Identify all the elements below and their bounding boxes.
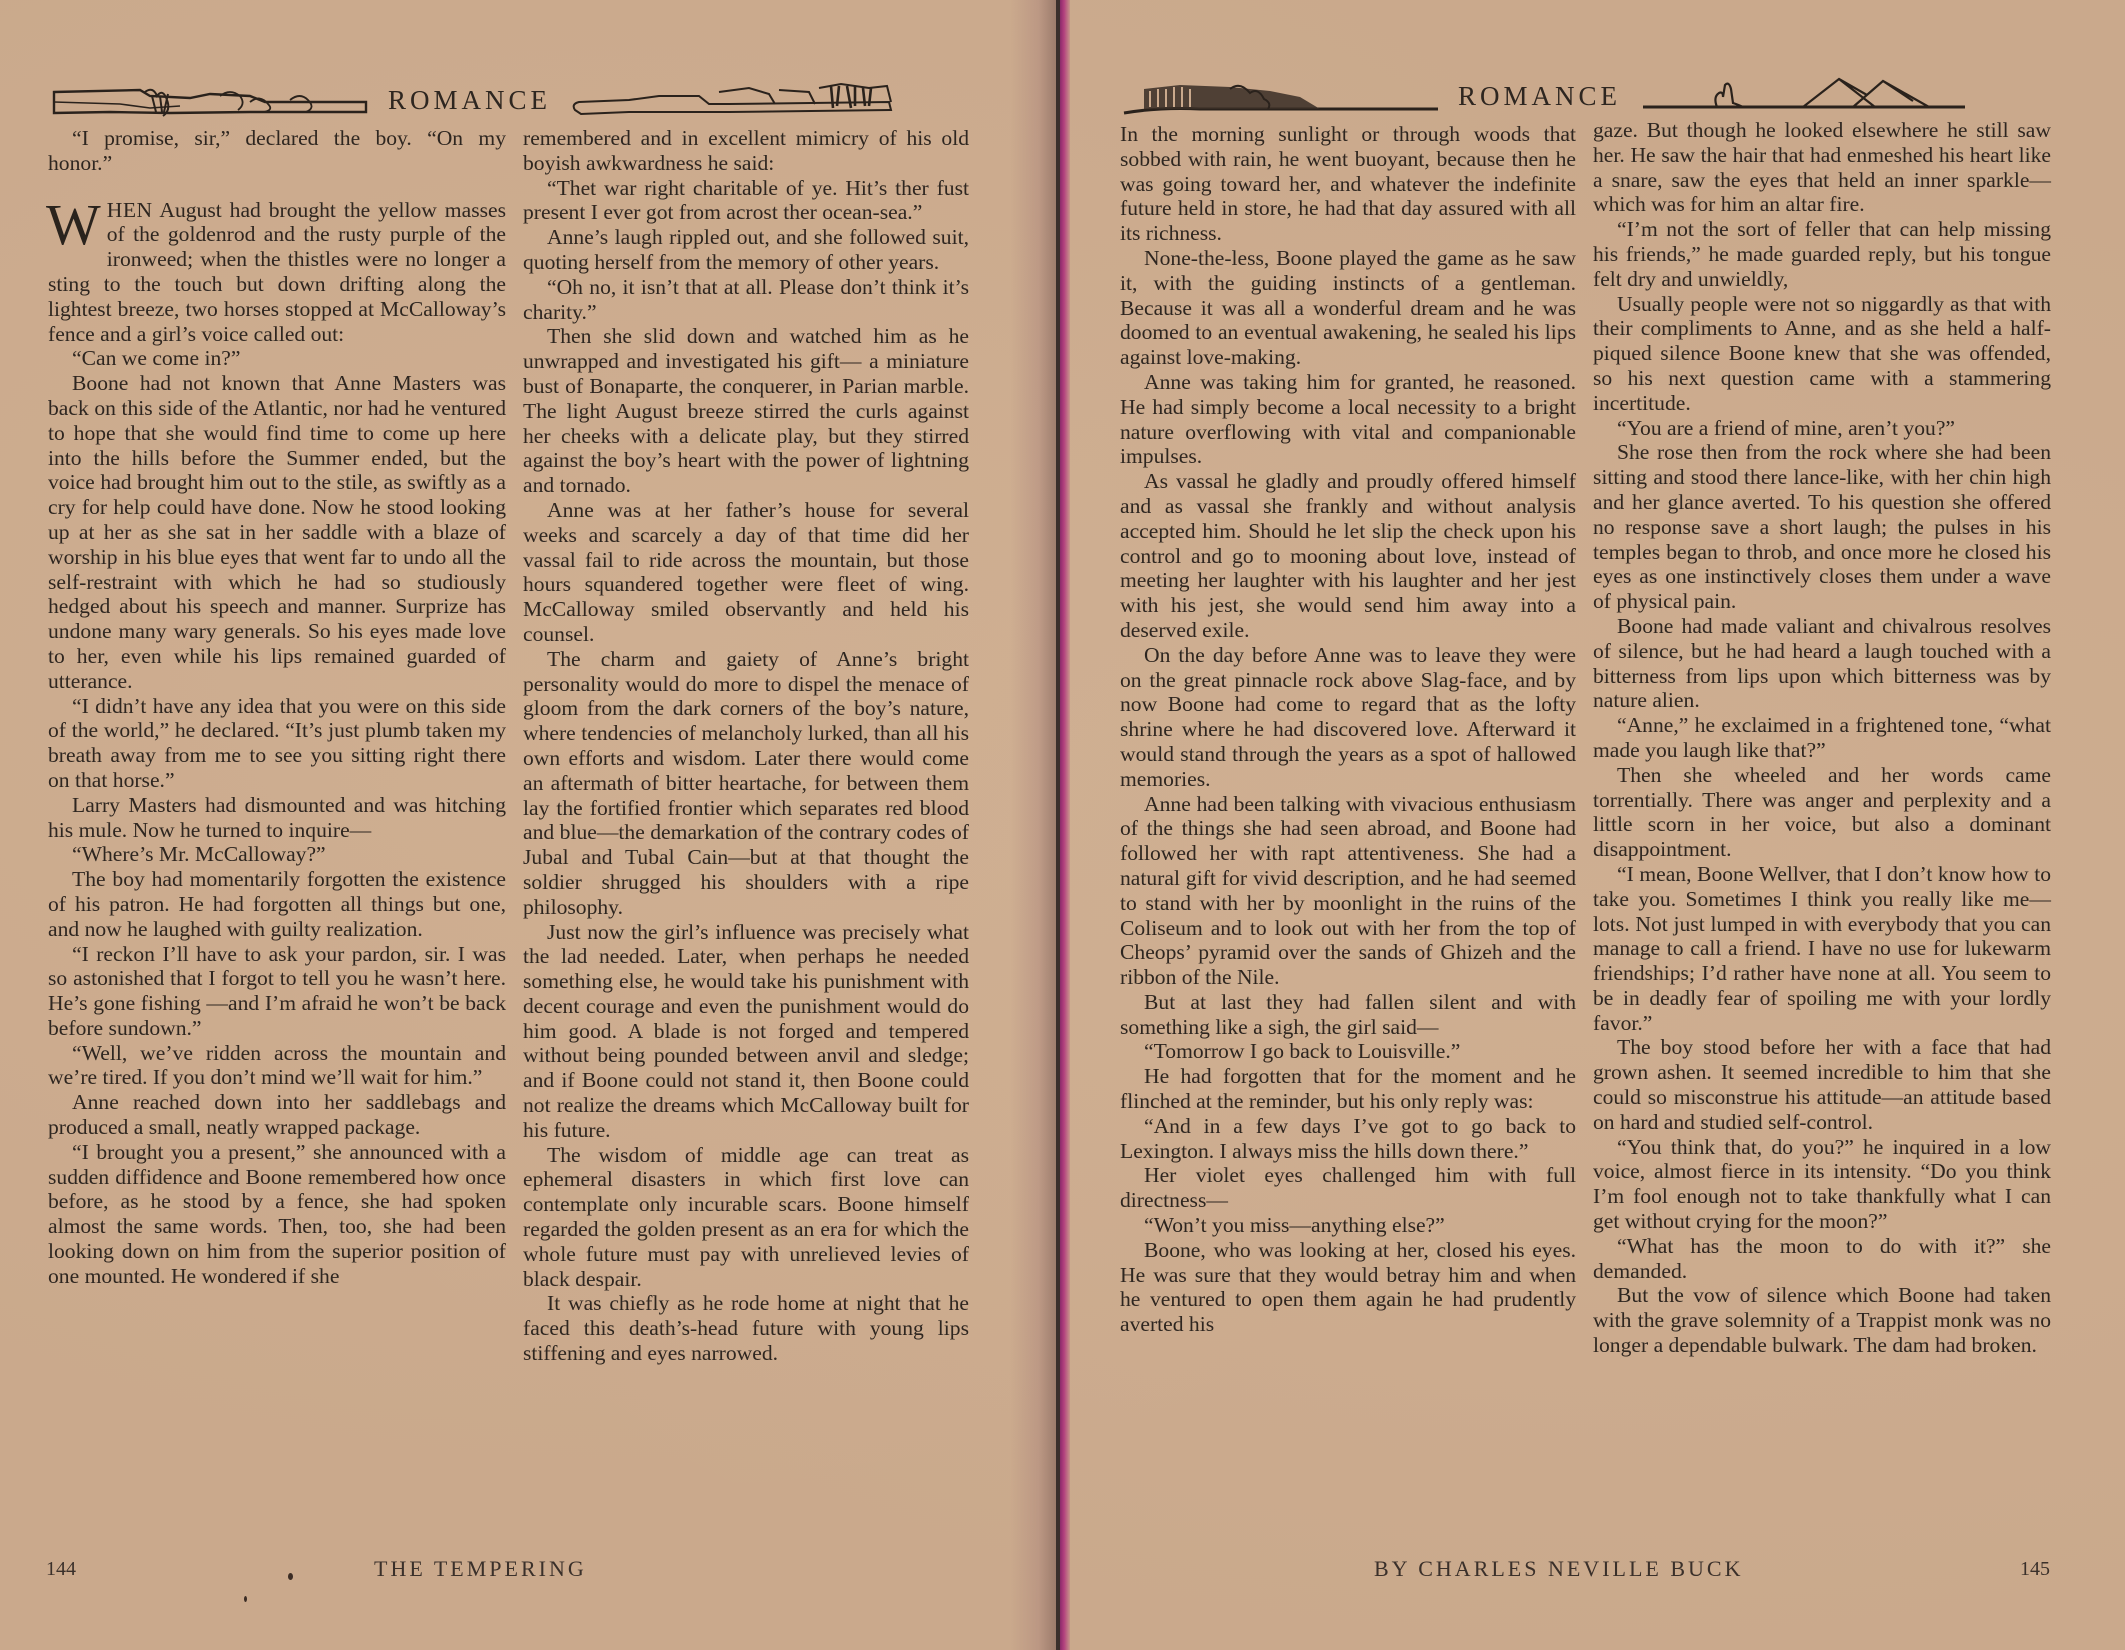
- paragraph: “Thet war right charitable of ye. Hit’s …: [523, 176, 969, 226]
- paragraph: “Oh no, it isn’t that at all. Please don…: [523, 275, 969, 325]
- paragraph: He had forgotten that for the moment and…: [1120, 1064, 1576, 1114]
- right-column-1: In the morning sunlight or through woods…: [1120, 122, 1576, 1337]
- paragraph: Anne had been talking with vivacious ent…: [1120, 792, 1576, 990]
- landscape-ruins-ornament-icon: [50, 82, 370, 118]
- page-number: 145: [2020, 1558, 2050, 1581]
- paragraph: “Tomorrow I go back to Louisville.”: [1120, 1039, 1576, 1064]
- paragraph: “I reckon I’ll have to ask your pardon, …: [48, 942, 506, 1041]
- paragraph: Anne was at her father’s house for sever…: [523, 498, 969, 647]
- paragraph: Usually people were not so niggardly as …: [1593, 292, 2051, 416]
- paragraph: Boone had not known that Anne Masters wa…: [48, 371, 506, 693]
- paragraph: Boone had made valiant and chivalrous re…: [1593, 614, 2051, 713]
- paragraph: The charm and gaiety of Anne’s bright pe…: [523, 647, 969, 920]
- paragraph: “I promise, sir,” declared the boy. “On …: [48, 126, 506, 176]
- paragraph: Boone, who was looking at her, closed hi…: [1120, 1238, 1576, 1337]
- dropcap: W: [46, 202, 101, 248]
- right-page: ROMANCE In the morning sunlight or throu…: [1062, 0, 2125, 1650]
- footer-author: BY CHARLES NEVILLE BUCK: [1374, 1556, 1743, 1582]
- paragraph: “You think that, do you?” he inquired in…: [1593, 1135, 2051, 1234]
- footer-title: THE TEMPERING: [374, 1556, 587, 1582]
- paragraph: On the day before Anne was to leave they…: [1120, 643, 1576, 792]
- acropolis-ornament-icon: [1120, 75, 1440, 117]
- paragraph: In the morning sunlight or through woods…: [1120, 122, 1576, 246]
- left-column-2: remembered and in excellent mimicry of h…: [523, 126, 969, 1366]
- paragraph: remembered and in excellent mimicry of h…: [523, 126, 969, 176]
- paper-speck: [244, 1596, 247, 1602]
- paragraph: Just now the girl’s influence was precis…: [523, 920, 969, 1143]
- paragraph: Anne’s laugh rippled out, and she follow…: [523, 225, 969, 275]
- paper-speck: [288, 1573, 293, 1580]
- paragraph: As vassal he gladly and proudly offered …: [1120, 469, 1576, 643]
- paragraph: But the vow of silence which Boone had t…: [1593, 1283, 2051, 1357]
- pyramids-sphinx-ornament-icon: [1639, 75, 1969, 117]
- paragraph: “I brought you a present,” she announced…: [48, 1140, 506, 1289]
- paragraph: Larry Masters had dismounted and was hit…: [48, 793, 506, 843]
- paragraph: “I mean, Boone Wellver, that I don’t kno…: [1593, 862, 2051, 1036]
- running-head-title: ROMANCE: [1440, 81, 1639, 112]
- paragraph: “What has the moon to do with it?” she d…: [1593, 1234, 2051, 1284]
- paragraph: Then she wheeled and her words came torr…: [1593, 763, 2051, 862]
- paragraph: “I didn’t have any idea that you were on…: [48, 694, 506, 793]
- right-column-2: gaze. But though he looked elsewhere he …: [1593, 118, 2051, 1358]
- paragraph: Her violet eyes challenged him with full…: [1120, 1163, 1576, 1213]
- paragraph: Anne reached down into her saddlebags an…: [48, 1090, 506, 1140]
- paragraph: Then she slid down and watched him as he…: [523, 324, 969, 498]
- paragraph: The boy stood before her with a face tha…: [1593, 1035, 2051, 1134]
- spine-shadow: [1010, 0, 1058, 1650]
- paragraph-dropcap: WHEN August had brought the yellow masse…: [48, 198, 506, 347]
- paragraph: “Where’s Mr. McCalloway?”: [48, 842, 506, 867]
- paragraph: “Won’t you miss—anything else?”: [1120, 1213, 1576, 1238]
- paragraph: “You are a friend of mine, aren’t you?”: [1593, 416, 2051, 441]
- paragraph: But at last they had fallen silent and w…: [1120, 990, 1576, 1040]
- running-head-title: ROMANCE: [370, 85, 569, 116]
- paragraph: It was chiefly as he rode home at night …: [523, 1291, 969, 1365]
- paragraph: The boy had momentarily forgotten the ex…: [48, 867, 506, 941]
- paragraph: “Anne,” he exclaimed in a frightened ton…: [1593, 713, 2051, 763]
- paragraph: Anne was taking him for granted, he reas…: [1120, 370, 1576, 469]
- left-running-head: ROMANCE: [50, 80, 980, 120]
- book-spread: ROMANCE “I promise, sir,” declared the b…: [0, 0, 2125, 1650]
- paragraph: “Can we come in?”: [48, 346, 506, 371]
- paragraph: “I’m not the sort of feller that can hel…: [1593, 217, 2051, 291]
- reclining-figure-ornament-icon: [569, 82, 899, 118]
- paragraph: gaze. But though he looked elsewhere he …: [1593, 118, 2051, 217]
- left-column-1: “I promise, sir,” declared the boy. “On …: [48, 126, 506, 1289]
- page-number: 144: [46, 1558, 76, 1581]
- right-running-head: ROMANCE: [1120, 76, 2100, 116]
- paragraph: None-the-less, Boone played the game as …: [1120, 246, 1576, 370]
- left-page: ROMANCE “I promise, sir,” declared the b…: [0, 0, 1058, 1650]
- dropcap-lead: HEN: [107, 198, 153, 222]
- paragraph: The wisdom of middle age can treat as ep…: [523, 1143, 969, 1292]
- paragraph: She rose then from the rock where she ha…: [1593, 440, 2051, 614]
- paragraph: “And in a few days I’ve got to go back t…: [1120, 1114, 1576, 1164]
- paragraph: “Well, we’ve ridden across the mountain …: [48, 1041, 506, 1091]
